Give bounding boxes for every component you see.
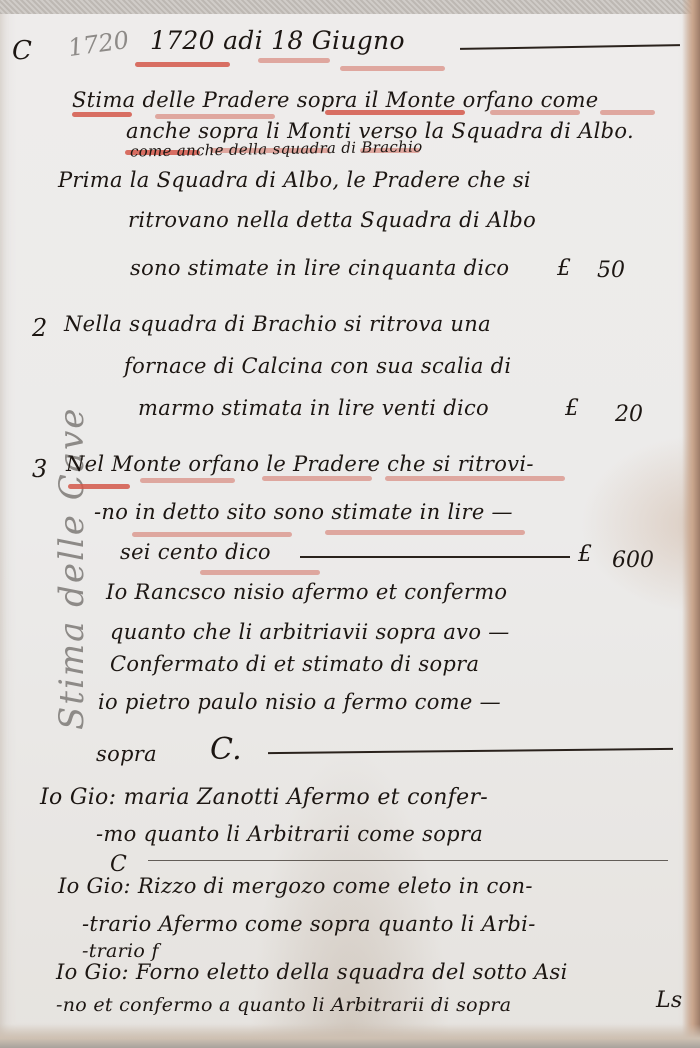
corner-mark: C (12, 36, 32, 66)
item-3-number: 3 (32, 455, 48, 483)
attestation-4-mark: Ls (656, 988, 683, 1013)
attestation-3-line-2: -trario Afermo come sopra quanto li Arbi… (82, 912, 536, 936)
item-2-line-3: marmo stimata in lire venti dico (138, 396, 489, 420)
item-2-amount: 20 (615, 402, 643, 427)
item-2-line-1: Nella squadra di Brachio si ritrova una (64, 312, 491, 336)
attestation-3-line-1: Io Gio: Rizzo di mergozo come eleto in c… (58, 874, 533, 898)
attestation-3-line-3: -trario f (82, 940, 159, 962)
attestation-1-line-1: Io Rancsco nisio afermo et confermo (106, 580, 507, 604)
title-insertion: come anche della squadra di Brachio (130, 137, 423, 160)
paper-edge-stain (682, 0, 700, 1048)
attestation-1-line-3: Confermato di et stimato di sopra (110, 652, 479, 676)
attestation-4-line-1: Io Gio: Forno eletto della squadra del s… (56, 960, 568, 984)
red-underline (135, 62, 230, 67)
date-line: 1720 adi 18 Giugno (150, 26, 405, 55)
red-underline (72, 112, 132, 117)
attestation-1-mark: C. (210, 732, 242, 767)
attestation-1-line-4: io pietro paulo nisio a fermo come — (98, 690, 501, 714)
header-rule (460, 44, 680, 49)
red-underline (140, 478, 235, 483)
attestation-2-line-2: -mo quanto li Arbitrarii come sopra (96, 822, 483, 846)
red-underline (385, 476, 565, 481)
red-underline (325, 110, 465, 115)
item-2-number: 2 (32, 314, 48, 342)
item-3-amount: 600 (612, 548, 654, 573)
red-underline (262, 476, 372, 481)
item-1-line-3: sono stimate in lire cinquanta dico (130, 256, 509, 280)
item-3-line-2: -no in detto sito sono stimate in lire — (94, 500, 513, 524)
attestation-2-rule (148, 860, 668, 861)
item-2-line-2: fornace di Calcina con sua scalia di (124, 354, 511, 378)
red-underline (340, 66, 445, 71)
item-1-line-2: ritrovano nella detta Squadra di Albo (128, 208, 536, 232)
item-3-line-3: sei cento dico (120, 540, 271, 564)
red-underline (200, 570, 320, 575)
red-underline (325, 530, 525, 535)
item-2-currency: £ (565, 396, 579, 421)
attestation-1-line-2: quanto che li arbitriavii sopra avo — (110, 620, 510, 644)
attestation-1-rule (268, 748, 673, 754)
item-3-line-1: Nel Monte orfano le Pradere che si ritro… (66, 452, 534, 476)
paper-bottom-edge (0, 1024, 700, 1048)
item-3-rule (300, 556, 570, 558)
item-3-currency: £ (578, 542, 592, 567)
item-1-line-1: Prima la Squadra di Albo, le Pradere che… (58, 168, 531, 192)
pencil-year: 1720 (66, 26, 130, 62)
background-fabric (0, 0, 700, 14)
item-1-currency: £ (557, 256, 571, 281)
manuscript-page: C 1720 Stima delle Cave 1720 adi 18 Giug… (0, 0, 700, 1048)
attestation-1-line-5: sopra (96, 742, 157, 766)
title-line-1: Stima delle Pradere sopra il Monte orfan… (72, 88, 599, 112)
attestation-4-line-2: -no et confermo a quanto li Arbitrarii d… (56, 994, 511, 1016)
red-underline (258, 58, 330, 63)
attestation-2-line-1: Io Gio: maria Zanotti Afermo et confer- (40, 785, 488, 810)
red-underline (68, 484, 130, 489)
item-1-amount: 50 (597, 258, 625, 283)
red-underline (132, 532, 292, 537)
red-underline (490, 110, 580, 115)
red-underline (600, 110, 655, 115)
